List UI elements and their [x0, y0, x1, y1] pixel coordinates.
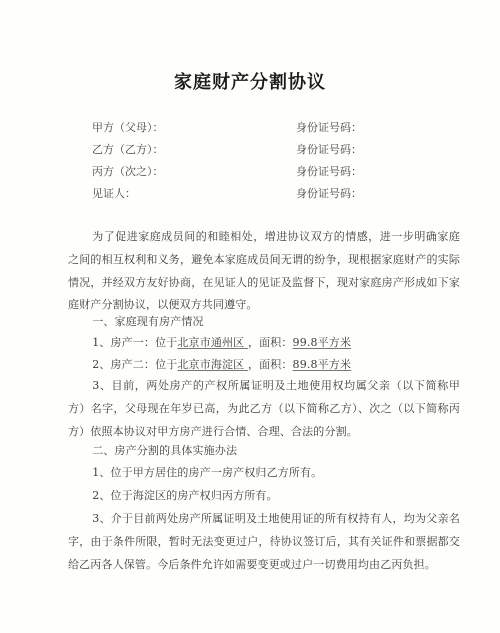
document-title: 家庭财产分割协议 — [0, 68, 500, 94]
parties-block: 甲方（父母）： 身份证号码： 乙方（乙方）： 身份证号码： 丙方（次之）： 身份… — [92, 120, 452, 208]
property-area: 99.8平方米 — [293, 336, 352, 349]
property-area-label: ，面积： — [248, 336, 293, 349]
party-label: 乙方（乙方）： — [92, 142, 164, 158]
id-number-label: 身份证号码： — [296, 164, 362, 180]
preamble-paragraph: 为了促进家庭成员间的和睦相处，增进协议双方的情感，进一步明确家庭之间的相互权利和… — [68, 226, 460, 317]
property-area: 89.8平方米 — [293, 358, 352, 371]
party-row-bing: 丙方（次之）： 身份证号码： — [92, 164, 452, 186]
section2-item-3: 3、介于目前两处房产所属证明及土地使用证的所有权持有人，均为父亲名字，由于条件所… — [68, 508, 460, 576]
section1-item-3: 3、目前，两处房产的产权所属证明及土地使用权均属父亲（以下简称甲方）名字，父母现… — [68, 375, 460, 443]
property-area-label: ，面积： — [248, 358, 293, 371]
property-prefix: 2、房产二：位于 — [92, 358, 177, 371]
property-prefix: 1、房产一：位于 — [92, 336, 177, 349]
id-number-label: 身份证号码： — [296, 120, 362, 136]
party-row-jia: 甲方（父母）： 身份证号码： — [92, 120, 452, 142]
id-number-label: 身份证号码： — [296, 186, 362, 202]
property-location: 北京市海淀区 — [177, 358, 248, 371]
section2-heading: 二、房产分割的具体实施办法 — [68, 440, 460, 463]
property-location: 北京市通州区 — [177, 336, 248, 349]
id-number-label: 身份证号码： — [296, 142, 362, 158]
section2-item-2: 2、位于海淀区的房产权归丙方所有。 — [68, 485, 460, 508]
party-label: 甲方（父母）： — [92, 120, 164, 136]
party-row-yi: 乙方（乙方）： 身份证号码： — [92, 142, 452, 164]
party-label: 丙方（次之）： — [92, 164, 164, 180]
property-1: 1、房产一：位于北京市通州区 ，面积：99.8平方米 — [68, 332, 460, 355]
property-2: 2、房产二：位于北京市海淀区 ，面积：89.8平方米 — [68, 354, 460, 377]
section1-heading: 一、家庭现有房产情况 — [68, 311, 460, 334]
party-row-witness: 见证人： 身份证号码： — [92, 186, 452, 208]
document-page: 家庭财产分割协议 甲方（父母）： 身份证号码： 乙方（乙方）： 身份证号码： 丙… — [0, 0, 500, 633]
party-label: 见证人： — [92, 186, 136, 202]
section2-item-1: 1、位于甲方居住的房产一房产权归乙方所有。 — [68, 462, 460, 485]
